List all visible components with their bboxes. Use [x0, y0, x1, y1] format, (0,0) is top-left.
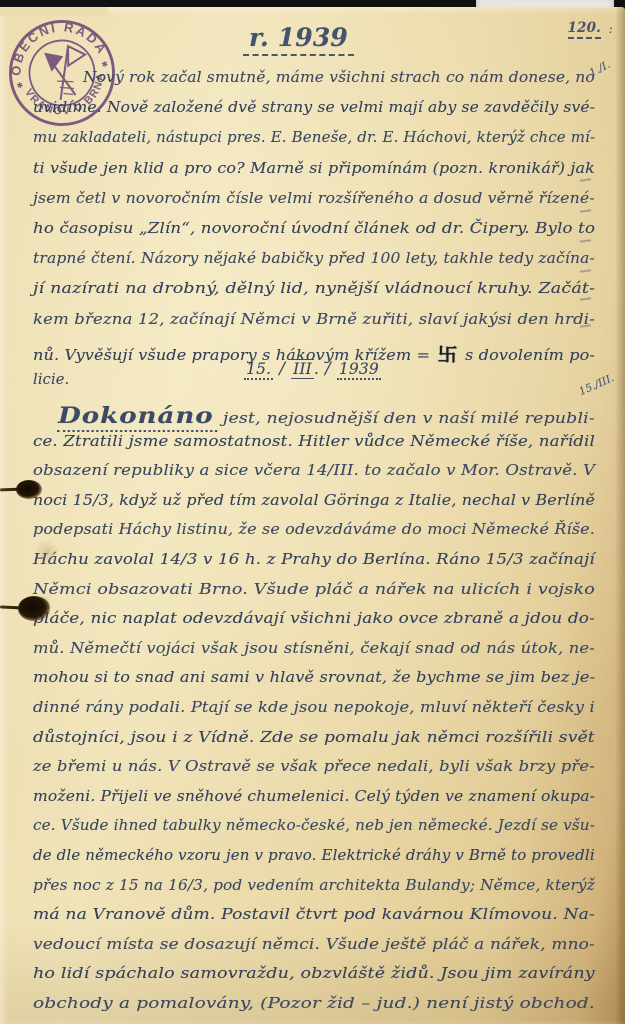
- handwritten-line: Háchu zavolal 14/3 v 16 h. z Prahy do Be…: [33, 551, 595, 581]
- handwritten-line: ce. Ztratili jsme samostatnost. Hitler v…: [33, 433, 595, 463]
- year-title: r. 1939: [243, 23, 354, 56]
- handwritten-line: podepsati Háchy listinu, že se odevzdává…: [33, 521, 595, 551]
- handwritten-line: uvidíme. Nově založené dvě strany se vel…: [33, 99, 595, 129]
- handwritten-line: mohou si to snad ani sami v hlavě srovna…: [33, 669, 595, 699]
- emphasized-word: Dokonáno: [57, 403, 217, 432]
- paragraph-new-year: Nový rok začal smutně, máme všichni stra…: [33, 69, 595, 401]
- date-day: 15.: [244, 360, 273, 380]
- handwritten-line: jí nazírati na drobný, dělný lid, nynějš…: [33, 280, 595, 310]
- handwritten-line: moženi. Přijeli ve sněhové chumelenici. …: [33, 788, 595, 818]
- handwritten-line: mu zakladateli, nástupci pres. E. Beneše…: [33, 129, 595, 159]
- handwritten-line: obchody a pomalovány, (Pozor žid – jud.)…: [33, 995, 595, 1024]
- date-year: 1939: [337, 360, 381, 380]
- page-number: 120.: [568, 20, 601, 39]
- handwritten-line: důstojníci, jsou i z Vídně. Zde se pomal…: [33, 729, 595, 759]
- handwritten-line: Nový rok začal smutně, máme všichni stra…: [33, 69, 595, 99]
- handwritten-line: Dokonáno jest, nejosudnější den v naší m…: [33, 403, 595, 433]
- handwritten-line: ce. Všude ihned tabulky německo-české, n…: [33, 817, 595, 847]
- page-number-mark: :: [609, 22, 613, 36]
- handwritten-line: má na Vranově dům. Postavil čtvrt pod ka…: [33, 906, 595, 936]
- handwritten-line: ho časopisu „Zlín“, novoroční úvodní člá…: [33, 220, 595, 250]
- paragraph-occupation: Dokonáno jest, nejosudnější den v naší m…: [33, 403, 595, 1024]
- chronicle-page: OBECNÍ RADA VRANOV U BRNA ✱ ✱ r. 1939 12…: [0, 7, 625, 1024]
- handwritten-line: vedoucí místa se dosazují němci. Všude j…: [33, 936, 595, 966]
- date-month-roman: III: [291, 359, 314, 379]
- handwritten-line: de dle německého vzoru jen v pravo. Elek…: [33, 847, 595, 877]
- handwritten-line: ti všude jen klid a pro co? Marně si při…: [33, 160, 595, 190]
- handwritten-line: obsazení republiky a sice včera 14/III. …: [33, 462, 595, 492]
- handwritten-line: ho lidí spáchalo samovraždu, obzvláště ž…: [33, 965, 595, 995]
- handwritten-line: noci 15/3, když už před tím zavolal Göri…: [33, 492, 595, 522]
- binding-hole: [16, 480, 42, 499]
- handwritten-line: dinné rány podali. Ptají se kde jsou nep…: [33, 699, 595, 729]
- handwritten-line: jsem četl v novoročním čísle velmi rozší…: [33, 190, 595, 220]
- paper-stain: [34, 540, 60, 564]
- handwritten-line: Němci obsazovati Brno. Všude pláč a náře…: [33, 581, 595, 611]
- binding-hole: [18, 596, 50, 621]
- stamp-star-right: ✱: [101, 59, 110, 69]
- handwritten-line: přes noc z 15 na 16/3, pod vedením archi…: [33, 877, 595, 907]
- date-heading: 15./III./1939: [0, 359, 625, 379]
- stamp-star-left: ✱: [16, 80, 25, 90]
- chronicle-scan: OBECNÍ RADA VRANOV U BRNA ✱ ✱ r. 1939 12…: [0, 0, 625, 1024]
- handwritten-line: pláče, nic naplat odevzdávají všichni ja…: [33, 610, 595, 640]
- handwritten-line: ze břemi u nás. V Ostravě se však přece …: [33, 758, 595, 788]
- page-curvature-shadow: [615, 7, 625, 1024]
- handwritten-line: trapné čtení. Názory nějaké babičky před…: [33, 250, 595, 280]
- handwritten-line: mů. Němečtí vojáci však jsou stísněni, č…: [33, 640, 595, 670]
- date-separator: /: [273, 359, 291, 379]
- handwritten-line: kem března 12, začínají Němci v Brně zuř…: [33, 311, 595, 341]
- date-separator: /: [319, 359, 337, 379]
